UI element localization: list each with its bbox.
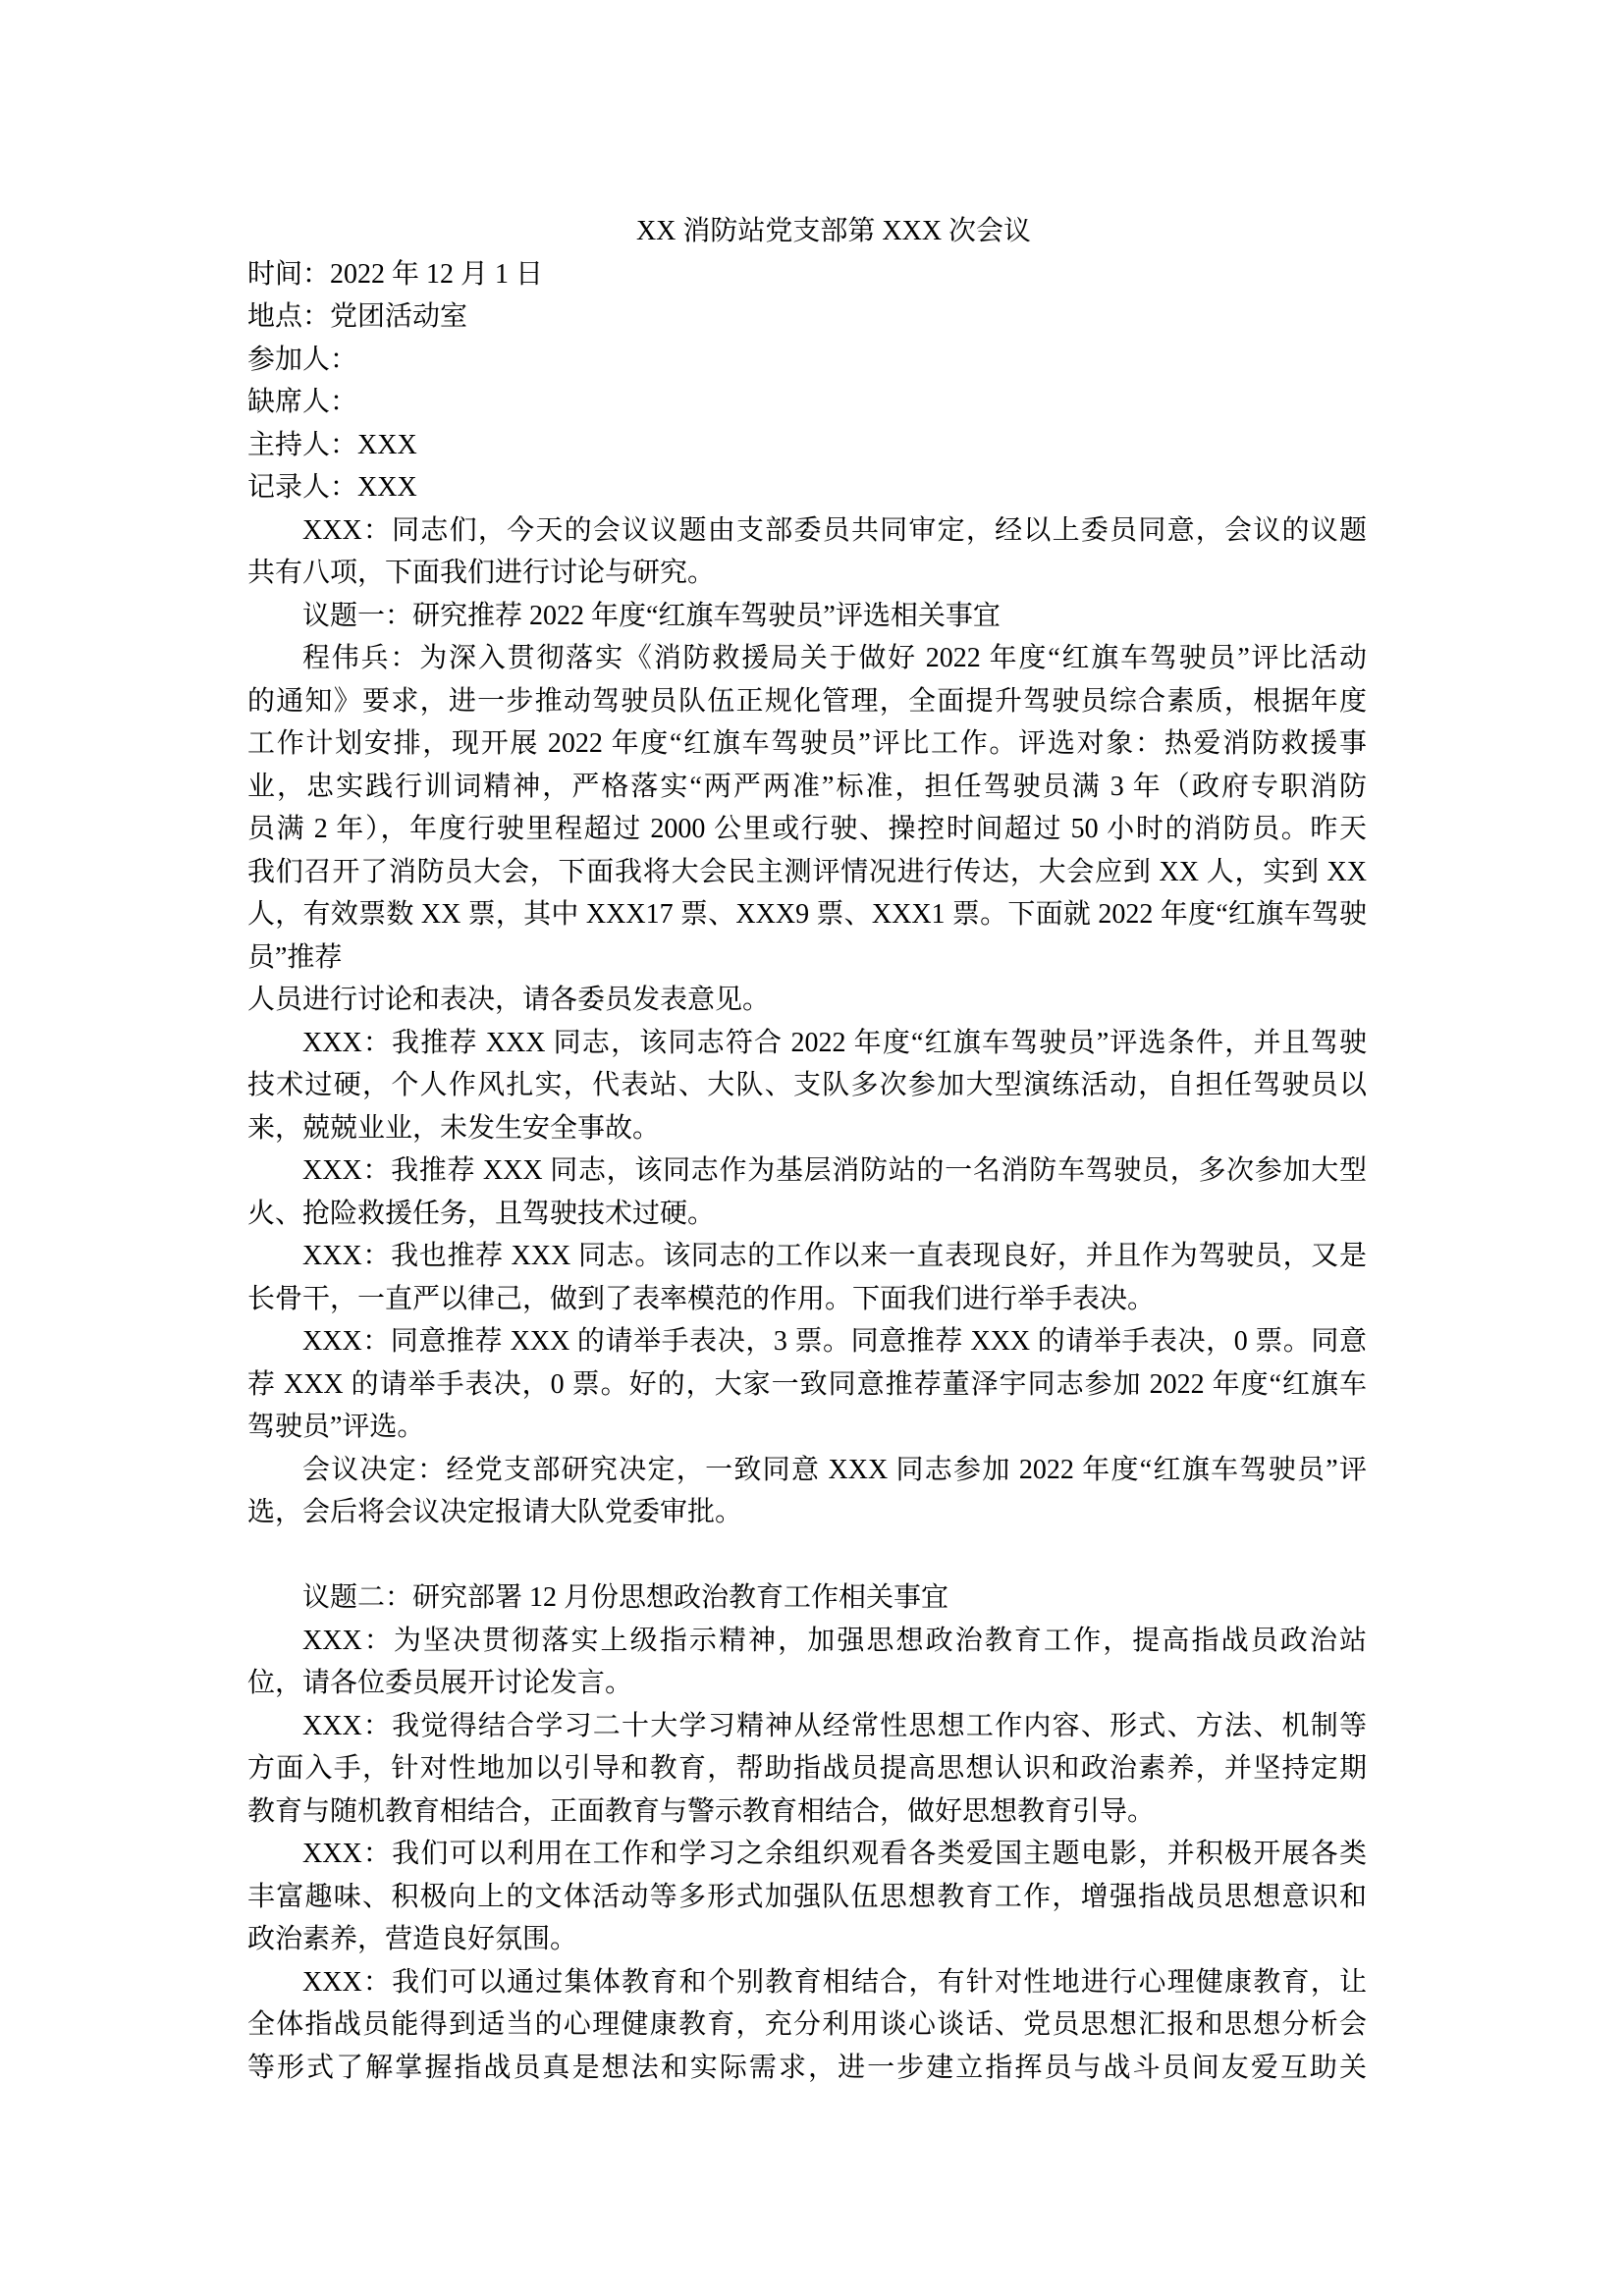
document-line: 业，忠实践行训词精神，严格落实“两严两准”标准，担任驾驶员满 3 年（政府专职消… (247, 766, 1367, 809)
document-line: 教育与随机教育相结合，正面教育与警示教育相结合，做好思想教育引导。 (247, 1790, 1367, 1834)
document-line: XXX：我推荐 XXX 同志，该同志作为基层消防站的一名消防车驾驶员，多次参加大… (247, 1149, 1367, 1193)
document-line: 丰富趣味、积极向上的文体活动等多形式加强队伍思想教育工作，增强指战员思想意识和 (247, 1876, 1367, 1919)
document-line: 共有八项，下面我们进行讨论与研究。 (247, 552, 1367, 595)
document-line: 议题一：研究推荐 2022 年度“红旗车驾驶员”评选相关事宜 (247, 595, 1367, 638)
document-line: 技术过硬，个人作风扎实，代表站、大队、支队多次参加大型演练活动，自担任驾驶员以 (247, 1064, 1367, 1107)
document-line: 火、抢险救援任务，且驾驶技术过硬。 (247, 1193, 1367, 1236)
document-line: XXX：为坚决贯彻落实上级指示精神，加强思想政治教育工作，提高指战员政治站 (247, 1620, 1367, 1663)
document-line: 全体指战员能得到适当的心理健康教育，充分利用谈心谈话、党员思想汇报和思想分析会 (247, 2003, 1367, 2047)
document-line: 长骨干，一直严以律己，做到了表率模范的作用。下面我们进行举手表决。 (247, 1278, 1367, 1321)
document-line: 政治素养，营造良好氛围。 (247, 1918, 1367, 1961)
document-line: 时间：2022 年 12 月 1 日 (247, 253, 1367, 296)
document-line: 来，兢兢业业，未发生安全事故。 (247, 1107, 1367, 1150)
document-line: 地点：党团活动室 (247, 295, 1367, 339)
document-line: 驾驶员”评选。 (247, 1406, 1367, 1449)
document-line: 荐 XXX 的请举手表决，0 票。好的，大家一致同意推荐董泽宇同志参加 2022… (247, 1363, 1367, 1407)
document-line: 员满 2 年），年度行驶里程超过 2000 公里或行驶、操控时间超过 50 小时… (247, 808, 1367, 851)
document-line: 人，有效票数 XX 票，其中 XXX17 票、XXX9 票、XXX1 票。下面就… (247, 893, 1367, 936)
document-line: XXX：我觉得结合学习二十大学习精神从经常性思想工作内容、形式、方法、机制等 (247, 1705, 1367, 1748)
document-line: 参加人： (247, 339, 1367, 382)
document-line: 主持人：XXX (247, 424, 1367, 467)
document-line: XXX：我们可以通过集体教育和个别教育相结合，有针对性地进行心理健康教育，让 (247, 1961, 1367, 2004)
document-line: XXX：同志们，今天的会议议题由支部委员共同审定，经以上委员同意，会议的议题 (247, 509, 1367, 553)
document-line: 工作计划安排，现开展 2022 年度“红旗车驾驶员”评比工作。评选对象：热爱消防… (247, 722, 1367, 766)
document-line: XXX：同意推荐 XXX 的请举手表决，3 票。同意推荐 XXX 的请举手表决，… (247, 1320, 1367, 1363)
document-line: 员”推荐 (247, 936, 1367, 980)
document-title: XX 消防站党支部第 XXX 次会议 (247, 210, 1367, 253)
document-line: XXX：我们可以利用在工作和学习之余组织观看各类爱国主题电影，并积极开展各类 (247, 1833, 1367, 1876)
document-line: 选，会后将会议决定报请大队党委审批。 (247, 1491, 1367, 1534)
document-line: XXX：我也推荐 XXX 同志。该同志的工作以来一直表现良好，并且作为驾驶员，又… (247, 1235, 1367, 1278)
document-line: XXX：我推荐 XXX 同志，该同志符合 2022 年度“红旗车驾驶员”评选条件… (247, 1022, 1367, 1065)
document-line: 我们召开了消防员大会，下面我将大会民主测评情况进行传达，大会应到 XX 人，实到… (247, 851, 1367, 894)
document-line: 位，请各位委员展开讨论发言。 (247, 1662, 1367, 1705)
document-page: XX 消防站党支部第 XXX 次会议 时间：2022 年 12 月 1 日地点：… (0, 0, 1624, 2296)
document-line: 缺席人： (247, 381, 1367, 424)
document-line: 等形式了解掌握指战员真是想法和实际需求，进一步建立指挥员与战斗员间友爱互助关 (247, 2047, 1367, 2090)
blank-line (247, 1534, 1367, 1577)
document-line: 程伟兵：为深入贯彻落实《消防救援局关于做好 2022 年度“红旗车驾驶员”评比活… (247, 637, 1367, 680)
document-body: 时间：2022 年 12 月 1 日地点：党团活动室参加人：缺席人：主持人：XX… (247, 253, 1367, 2090)
document-line: 的通知》要求，进一步推动驾驶员队伍正规化管理，全面提升驾驶员综合素质，根据年度 (247, 680, 1367, 723)
document-line: 会议决定：经党支部研究决定，一致同意 XXX 同志参加 2022 年度“红旗车驾… (247, 1449, 1367, 1492)
document-line: 方面入手，针对性地加以引导和教育，帮助指战员提高思想认识和政治素养，并坚持定期 (247, 1747, 1367, 1790)
document-line: 记录人：XXX (247, 466, 1367, 509)
document-line: 议题二：研究部署 12 月份思想政治教育工作相关事宜 (247, 1576, 1367, 1620)
document-line: 人员进行讨论和表决，请各委员发表意见。 (247, 979, 1367, 1022)
